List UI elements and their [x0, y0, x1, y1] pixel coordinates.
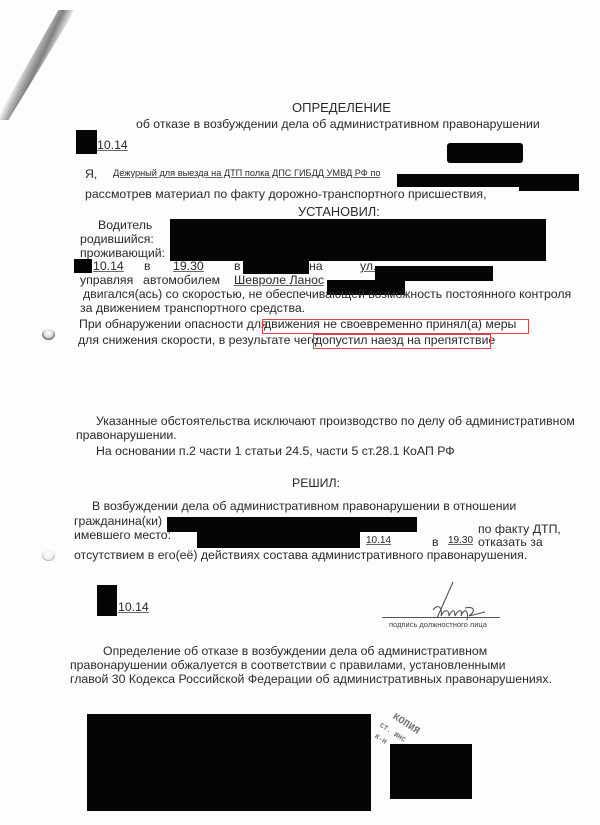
- signature-date: 10.14: [118, 600, 149, 614]
- copy-stamp-line3: К-Н: [373, 733, 388, 747]
- intro-line2: рассмотрев материал по факту дорожно-тра…: [85, 187, 487, 201]
- redacted-incident-day: [74, 259, 92, 273]
- street-prefix: ул.: [360, 259, 376, 273]
- incident-in: в: [234, 259, 241, 273]
- scan-shadow-mark: [0, 10, 74, 120]
- incident-at: в: [144, 259, 151, 273]
- document-date: 10.14: [97, 138, 128, 152]
- punch-hole-bottom: [42, 550, 55, 561]
- incident-on: на: [309, 259, 323, 273]
- section-established: УСТАНОВИЛ:: [298, 205, 380, 219]
- decision-line4: отсутствием в его(её) действиях состава …: [74, 548, 527, 562]
- highlight-box-result: [313, 334, 491, 349]
- appeal-line1: Определение об отказе в возбуждении дела…: [103, 644, 487, 658]
- redacted-day: [76, 130, 97, 154]
- decision-at: в: [432, 535, 439, 549]
- redacted-place: [197, 531, 360, 548]
- incident-date: 10.14: [93, 259, 124, 273]
- legal-basis: На основании п.2 части 1 статьи 24.5, ча…: [96, 444, 455, 458]
- redacted-receipt-block: [87, 714, 371, 811]
- exclusion-line1: Указанные обстоятельства исключают произ…: [96, 414, 575, 428]
- driving-label: управляя: [80, 273, 133, 287]
- danger-prefix: При обнаружении опасности для: [79, 317, 268, 331]
- document-title: ОПРЕДЕЛЕНИЕ: [292, 101, 391, 115]
- exclusion-line2: правонарушении.: [76, 428, 177, 442]
- incident-time: 19.30: [173, 259, 204, 273]
- appeal-line3: главой 30 Кодекса Российской Федерации о…: [70, 672, 552, 686]
- document-subtitle: об отказе в возбуждении дела об админист…: [136, 117, 540, 131]
- redacted-officer-name: [519, 174, 579, 191]
- decision-line1: В возбуждении дела об административном п…: [92, 499, 516, 513]
- control-line: за движением транспортного средства.: [80, 301, 305, 315]
- speed-line: двигался(ась) со скоростью, не обеспечив…: [83, 287, 571, 301]
- signature-caption: подпись должностного лица: [389, 620, 487, 629]
- punch-hole-top: [42, 329, 55, 340]
- decision-time: 19.30: [448, 535, 473, 546]
- birth-label: родившийся:: [80, 232, 154, 246]
- redacted-signature-day: [97, 585, 117, 616]
- officer-position: Дежурный для выезда на ДТП полка ДПС ГИБ…: [113, 168, 380, 178]
- intro-prefix: Я,: [85, 167, 97, 181]
- decision-refuse: отказать за: [478, 535, 543, 549]
- residence-label: проживающий:: [80, 246, 165, 260]
- citizen-label: гражданина(ки): [74, 514, 162, 528]
- redacted-case-number: [447, 143, 523, 163]
- redacted-driver-details: [170, 219, 546, 261]
- fact-label: по факту ДТП,: [478, 522, 561, 536]
- car-model: Шевроле Ланос: [234, 273, 324, 287]
- highlight-box-danger: [262, 319, 529, 334]
- redacted-stamp-block: [390, 744, 472, 799]
- result-prefix: для снижения скорости, в результате чего: [78, 333, 318, 347]
- decision-date: 10.14: [366, 535, 391, 546]
- place-label: имевшего место:: [74, 528, 171, 542]
- redacted-citizen-name: [167, 517, 417, 532]
- driver-label: Водитель: [98, 218, 152, 232]
- redacted-street: [375, 266, 493, 281]
- appeal-line2: правонарушении обжалуется в соответствии…: [70, 658, 506, 672]
- car-label: автомобилем: [143, 273, 220, 287]
- section-decided: РЕШИЛ:: [292, 476, 340, 490]
